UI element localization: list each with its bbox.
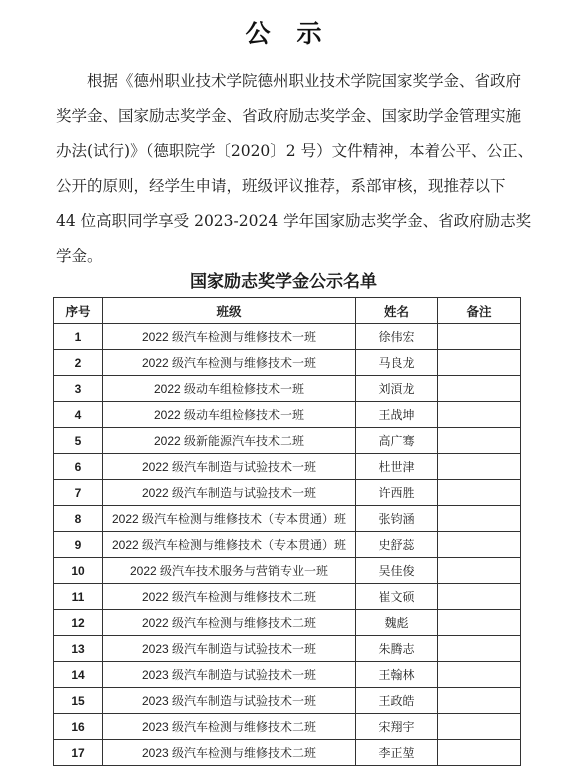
table-title: 国家励志奖学金公示名单 (0, 267, 567, 292)
table-row: 102022 级汽车技术服务与营销专业一班吴佳俊 (54, 558, 521, 584)
paragraph-line: 根据《德州职业技术学院德州职业技术学院国家奖学金、省政府 (56, 64, 476, 99)
table-row: 112022 级汽车检测与维修技术二班崔文硕 (54, 584, 521, 610)
cell-remarks (438, 480, 521, 506)
table-row: 52022 级新能源汽车技术二班高广骞 (54, 428, 521, 454)
cell-class: 2022 级汽车检测与维修技术一班 (103, 350, 356, 376)
cell-serial-no: 11 (54, 584, 103, 610)
table-header-row: 序号 班级 姓名 备注 (54, 298, 521, 324)
cell-class: 2022 级汽车制造与试验技术一班 (103, 480, 356, 506)
cell-serial-no: 17 (54, 740, 103, 766)
cell-serial-no: 13 (54, 636, 103, 662)
cell-serial-no: 14 (54, 662, 103, 688)
announcement-paragraph: 根据《德州职业技术学院德州职业技术学院国家奖学金、省政府 奖学金、国家励志奖学金… (56, 64, 476, 274)
cell-remarks (438, 324, 521, 350)
table-row: 142023 级汽车制造与试验技术一班王翰林 (54, 662, 521, 688)
table-row: 92022 级汽车检测与维修技术（专本贯通）班史舒蕊 (54, 532, 521, 558)
cell-serial-no: 1 (54, 324, 103, 350)
cell-remarks (438, 558, 521, 584)
table-row: 152023 级汽车制造与试验技术一班王政皓 (54, 688, 521, 714)
paragraph-line: 办法(试行)》（德职院学〔2020〕2 号）文件精神，本着公平、公正、 (56, 134, 476, 169)
cell-remarks (438, 636, 521, 662)
cell-class: 2023 级汽车制造与试验技术一班 (103, 688, 356, 714)
paragraph-line: 44 位高职同学享受 2023-2024 学年国家励志奖学金、省政府励志奖 (56, 204, 476, 239)
cell-class: 2023 级汽车制造与试验技术一班 (103, 636, 356, 662)
cell-serial-no: 6 (54, 454, 103, 480)
table-row: 22022 级汽车检测与维修技术一班马良龙 (54, 350, 521, 376)
cell-remarks (438, 662, 521, 688)
page-title: 公示 (0, 14, 567, 50)
cell-serial-no: 8 (54, 506, 103, 532)
table-row: 122022 级汽车检测与维修技术二班魏彪 (54, 610, 521, 636)
cell-remarks (438, 688, 521, 714)
table-row: 172023 级汽车检测与维修技术二班李正堃 (54, 740, 521, 766)
cell-remarks (438, 376, 521, 402)
cell-name: 马良龙 (356, 350, 438, 376)
cell-serial-no: 7 (54, 480, 103, 506)
cell-class: 2022 级动车组检修技术一班 (103, 402, 356, 428)
table-row: 42022 级动车组检修技术一班王战坤 (54, 402, 521, 428)
cell-remarks (438, 454, 521, 480)
table-row: 32022 级动车组检修技术一班刘湏龙 (54, 376, 521, 402)
cell-serial-no: 4 (54, 402, 103, 428)
header-serial-no: 序号 (54, 298, 103, 324)
cell-name: 张钧涵 (356, 506, 438, 532)
table-row: 62022 级汽车制造与试验技术一班杜世津 (54, 454, 521, 480)
cell-class: 2023 级汽车检测与维修技术二班 (103, 714, 356, 740)
cell-serial-no: 2 (54, 350, 103, 376)
cell-serial-no: 16 (54, 714, 103, 740)
cell-name: 王翰林 (356, 662, 438, 688)
cell-name: 王政皓 (356, 688, 438, 714)
cell-remarks (438, 714, 521, 740)
header-remarks: 备注 (438, 298, 521, 324)
cell-name: 高广骞 (356, 428, 438, 454)
cell-remarks (438, 532, 521, 558)
cell-class: 2022 级汽车检测与维修技术（专本贯通）班 (103, 532, 356, 558)
cell-serial-no: 12 (54, 610, 103, 636)
cell-class: 2022 级新能源汽车技术二班 (103, 428, 356, 454)
cell-serial-no: 5 (54, 428, 103, 454)
cell-name: 魏彪 (356, 610, 438, 636)
cell-class: 2023 级汽车检测与维修技术二班 (103, 740, 356, 766)
cell-remarks (438, 428, 521, 454)
header-class: 班级 (103, 298, 356, 324)
cell-name: 杜世津 (356, 454, 438, 480)
header-name: 姓名 (356, 298, 438, 324)
cell-remarks (438, 584, 521, 610)
cell-name: 吴佳俊 (356, 558, 438, 584)
cell-name: 朱腾志 (356, 636, 438, 662)
cell-serial-no: 3 (54, 376, 103, 402)
cell-class: 2022 级汽车检测与维修技术（专本贯通）班 (103, 506, 356, 532)
cell-name: 王战坤 (356, 402, 438, 428)
cell-name: 史舒蕊 (356, 532, 438, 558)
cell-class: 2022 级汽车检测与维修技术二班 (103, 610, 356, 636)
cell-name: 徐伟宏 (356, 324, 438, 350)
cell-serial-no: 10 (54, 558, 103, 584)
cell-remarks (438, 350, 521, 376)
table-row: 162023 级汽车检测与维修技术二班宋翔宇 (54, 714, 521, 740)
cell-name: 许西胜 (356, 480, 438, 506)
table-row: 132023 级汽车制造与试验技术一班朱腾志 (54, 636, 521, 662)
cell-name: 宋翔宇 (356, 714, 438, 740)
cell-remarks (438, 402, 521, 428)
cell-serial-no: 15 (54, 688, 103, 714)
cell-class: 2022 级汽车检测与维修技术二班 (103, 584, 356, 610)
cell-class: 2022 级汽车技术服务与营销专业一班 (103, 558, 356, 584)
cell-name: 刘湏龙 (356, 376, 438, 402)
cell-remarks (438, 740, 521, 766)
paragraph-line: 奖学金、国家励志奖学金、省政府励志奖学金、国家助学金管理实施 (56, 99, 476, 134)
paragraph-line: 公开的原则，经学生申请，班级评议推荐，系部审核，现推荐以下 (56, 169, 476, 204)
cell-class: 2022 级汽车检测与维修技术一班 (103, 324, 356, 350)
cell-class: 2023 级汽车制造与试验技术一班 (103, 662, 356, 688)
cell-remarks (438, 506, 521, 532)
table-row: 12022 级汽车检测与维修技术一班徐伟宏 (54, 324, 521, 350)
cell-serial-no: 9 (54, 532, 103, 558)
cell-class: 2022 级汽车制造与试验技术一班 (103, 454, 356, 480)
cell-name: 李正堃 (356, 740, 438, 766)
cell-remarks (438, 610, 521, 636)
scholarship-roster-table: 序号 班级 姓名 备注 12022 级汽车检测与维修技术一班徐伟宏 22022 … (53, 297, 521, 766)
cell-name: 崔文硕 (356, 584, 438, 610)
table-row: 72022 级汽车制造与试验技术一班许西胜 (54, 480, 521, 506)
cell-class: 2022 级动车组检修技术一班 (103, 376, 356, 402)
table-row: 82022 级汽车检测与维修技术（专本贯通）班张钧涵 (54, 506, 521, 532)
